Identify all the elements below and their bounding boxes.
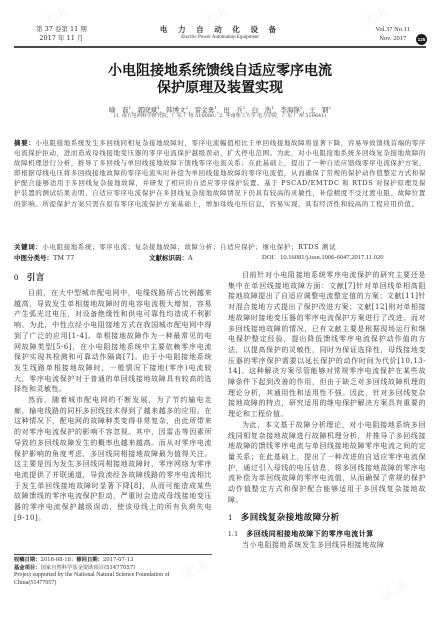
paragraph: 然而，随着城市配电网的不断发展，为了节约输电走廊，输电线路的同杆多回线技术得到了… bbox=[14, 395, 212, 523]
document-code: 文献标识码：A bbox=[149, 253, 193, 263]
volume-cn: 第 37 卷第 11 期 bbox=[36, 25, 87, 34]
page-number-badge: 125 bbox=[416, 34, 427, 45]
body-column-right: 目前针对小电阻接地系统零序电流保护的研究主要还是集中在单回线接地故障方面：文献[… bbox=[228, 270, 426, 551]
affiliations: (1. 南方电网科学研究院，广东 广州 510080；2. 华南理工大学 电力学… bbox=[0, 113, 440, 120]
footnote-divider bbox=[14, 554, 212, 555]
header-divider bbox=[14, 46, 426, 48]
footnote: 收稿日期：2016-08-18；修回日期：2017-07-13 基金项目：国家自… bbox=[14, 557, 212, 587]
paragraph: 目前针对小电阻接地系统零序电流保护的研究主要还是集中在单回线接地故障方面：文献[… bbox=[228, 270, 426, 420]
paragraph: 为此，本文基于故障分析理论，对小电阻接地系统多回线同相复杂接地故障进行故障机理分… bbox=[228, 420, 426, 506]
watermark: 试读 bbox=[377, 574, 411, 605]
abstract-label: 摘要： bbox=[14, 139, 35, 147]
abstract: 摘要：小电阻接地系统发生多回线同相复杂接地故障时，零序电流幅值相比于单回线接地故… bbox=[14, 138, 426, 209]
paragraph: 目前，在大中型城市配电网中，电缆线路所占比例越来越高，导致发生单相接地故障时的电… bbox=[14, 288, 212, 395]
title-line-2: 保护原理及装置实现 bbox=[0, 80, 440, 97]
body-column-left: 0引言 目前，在大中型城市配电网中，电缆线路所占比例越来越高，导致发生单相接地故… bbox=[14, 270, 212, 523]
keywords-text: 小电阻接地系统；零序电流；复杂接地故障；故障分析；自适应保护；继电保护；RTDS… bbox=[42, 243, 336, 251]
paragraph: 当小电阻接地系统发生多回线异相接地故障 bbox=[228, 540, 426, 551]
paper-title: 小电阻接地系统馈线自适应零序电流 保护原理及装置实现 bbox=[0, 63, 440, 97]
date-en: Nov. 2017 bbox=[376, 34, 411, 43]
keywords-label: 关键词： bbox=[14, 243, 42, 251]
keywords: 关键词：小电阻接地系统；零序电流；复杂接地故障；故障分析；自适应保护；继电保护；… bbox=[14, 242, 426, 252]
date-cn: 2017 年 11 月 bbox=[36, 34, 87, 43]
title-line-1: 小电阻接地系统馈线自适应零序电流 bbox=[0, 63, 440, 80]
volume-en: Vol.37 No.11 bbox=[376, 25, 411, 34]
journal-header: 第 37 卷第 11 期 2017 年 11 月 电 力 自 动 化 设 备 E… bbox=[0, 0, 440, 48]
subsection-heading-1-1: 1.1多回线同相接地故障下的零序电流计算 bbox=[228, 528, 426, 540]
clc-code: 中图分类号：TM 77 bbox=[14, 253, 74, 263]
header-volume-cn: 第 37 卷第 11 期 2017 年 11 月 bbox=[36, 25, 87, 43]
fund-english: Project supported by the National Natura… bbox=[14, 572, 212, 587]
header-volume-en: Vol.37 No.11 Nov. 2017 bbox=[376, 25, 411, 43]
dates-line: 收稿日期：2016-08-18；修回日期：2017-07-13 bbox=[14, 557, 212, 565]
journal-name-cn: 电 力 自 动 化 设 备 bbox=[150, 25, 290, 34]
section-heading-introduction: 0引言 bbox=[14, 270, 212, 285]
header-journal-name: 电 力 自 动 化 设 备 Electric Power Automation … bbox=[150, 25, 290, 42]
doi[interactable]: DOI：10.16081/j.issn.1006-6047.2017.11.02… bbox=[262, 253, 383, 263]
journal-name-en: Electric Power Automation Equipment bbox=[150, 34, 290, 42]
section-heading-1: 1多回线复杂接地故障分析 bbox=[228, 510, 426, 525]
abstract-text: 小电阻接地系统发生多回线同相复杂接地故障时，零序电流幅值相比于单回线接地故障将显… bbox=[14, 139, 426, 208]
